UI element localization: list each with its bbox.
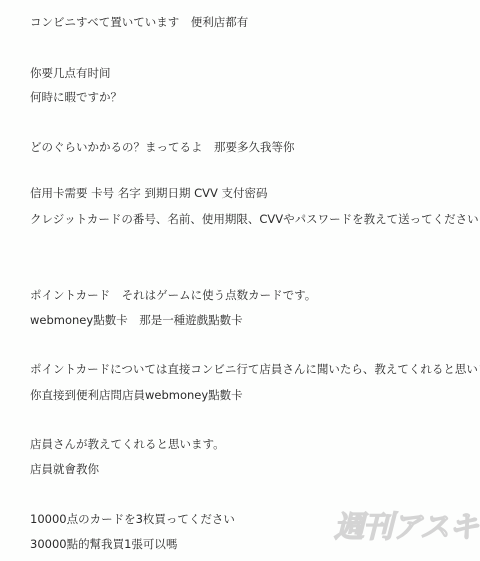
text-line-convenience-store: コンビニすべて置いています 便利店都有 bbox=[30, 14, 248, 30]
text-line-point-card-chinese: webmoney點數卡 那是一種遊戲點數卡 bbox=[30, 312, 243, 328]
text-line-point-card-japanese: ポイントカード それはゲームに使う点数カードです。 bbox=[30, 287, 316, 303]
text-line-clerk-will-teach-chinese: 店員就會教你 bbox=[30, 461, 99, 477]
publisher-watermark: 週刊アスキー bbox=[334, 508, 480, 548]
text-line-ask-clerk-japanese: ポイントカードについては直接コンビニ行て店員さんに聞いたら、教えてくれると思いま… bbox=[30, 361, 480, 377]
text-line-credit-card-japanese: クレジットカードの番号、名前、使用期限、CVVやパスワードを教えて送ってください bbox=[30, 211, 479, 227]
text-line-what-time-chinese: 你要几点有时间 bbox=[30, 65, 111, 81]
text-line-ask-clerk-chinese: 你直接到便利店問店員webmoney點數卡 bbox=[30, 387, 243, 403]
text-line-how-long: どのぐらいかかるの？まってるよ 那要多久我等你 bbox=[30, 139, 295, 155]
text-line-what-time-japanese: 何時に暇ですか？ bbox=[30, 89, 122, 105]
text-line-buy-cards-chinese: 30000點的幫我買1張可以嗎 bbox=[30, 536, 177, 552]
document-page: コンビニすべて置いています 便利店都有 你要几点有时间 何時に暇ですか？ どのぐ… bbox=[0, 0, 480, 561]
text-line-clerk-will-teach-japanese: 店員さんが教えてくれると思います。 bbox=[30, 436, 225, 452]
text-line-credit-card-chinese: 信用卡需要 卡号 名字 到期日期 CVV 支付密码 bbox=[30, 185, 268, 201]
text-line-buy-cards-japanese: 10000点のカードを3枚買ってください bbox=[30, 511, 235, 527]
